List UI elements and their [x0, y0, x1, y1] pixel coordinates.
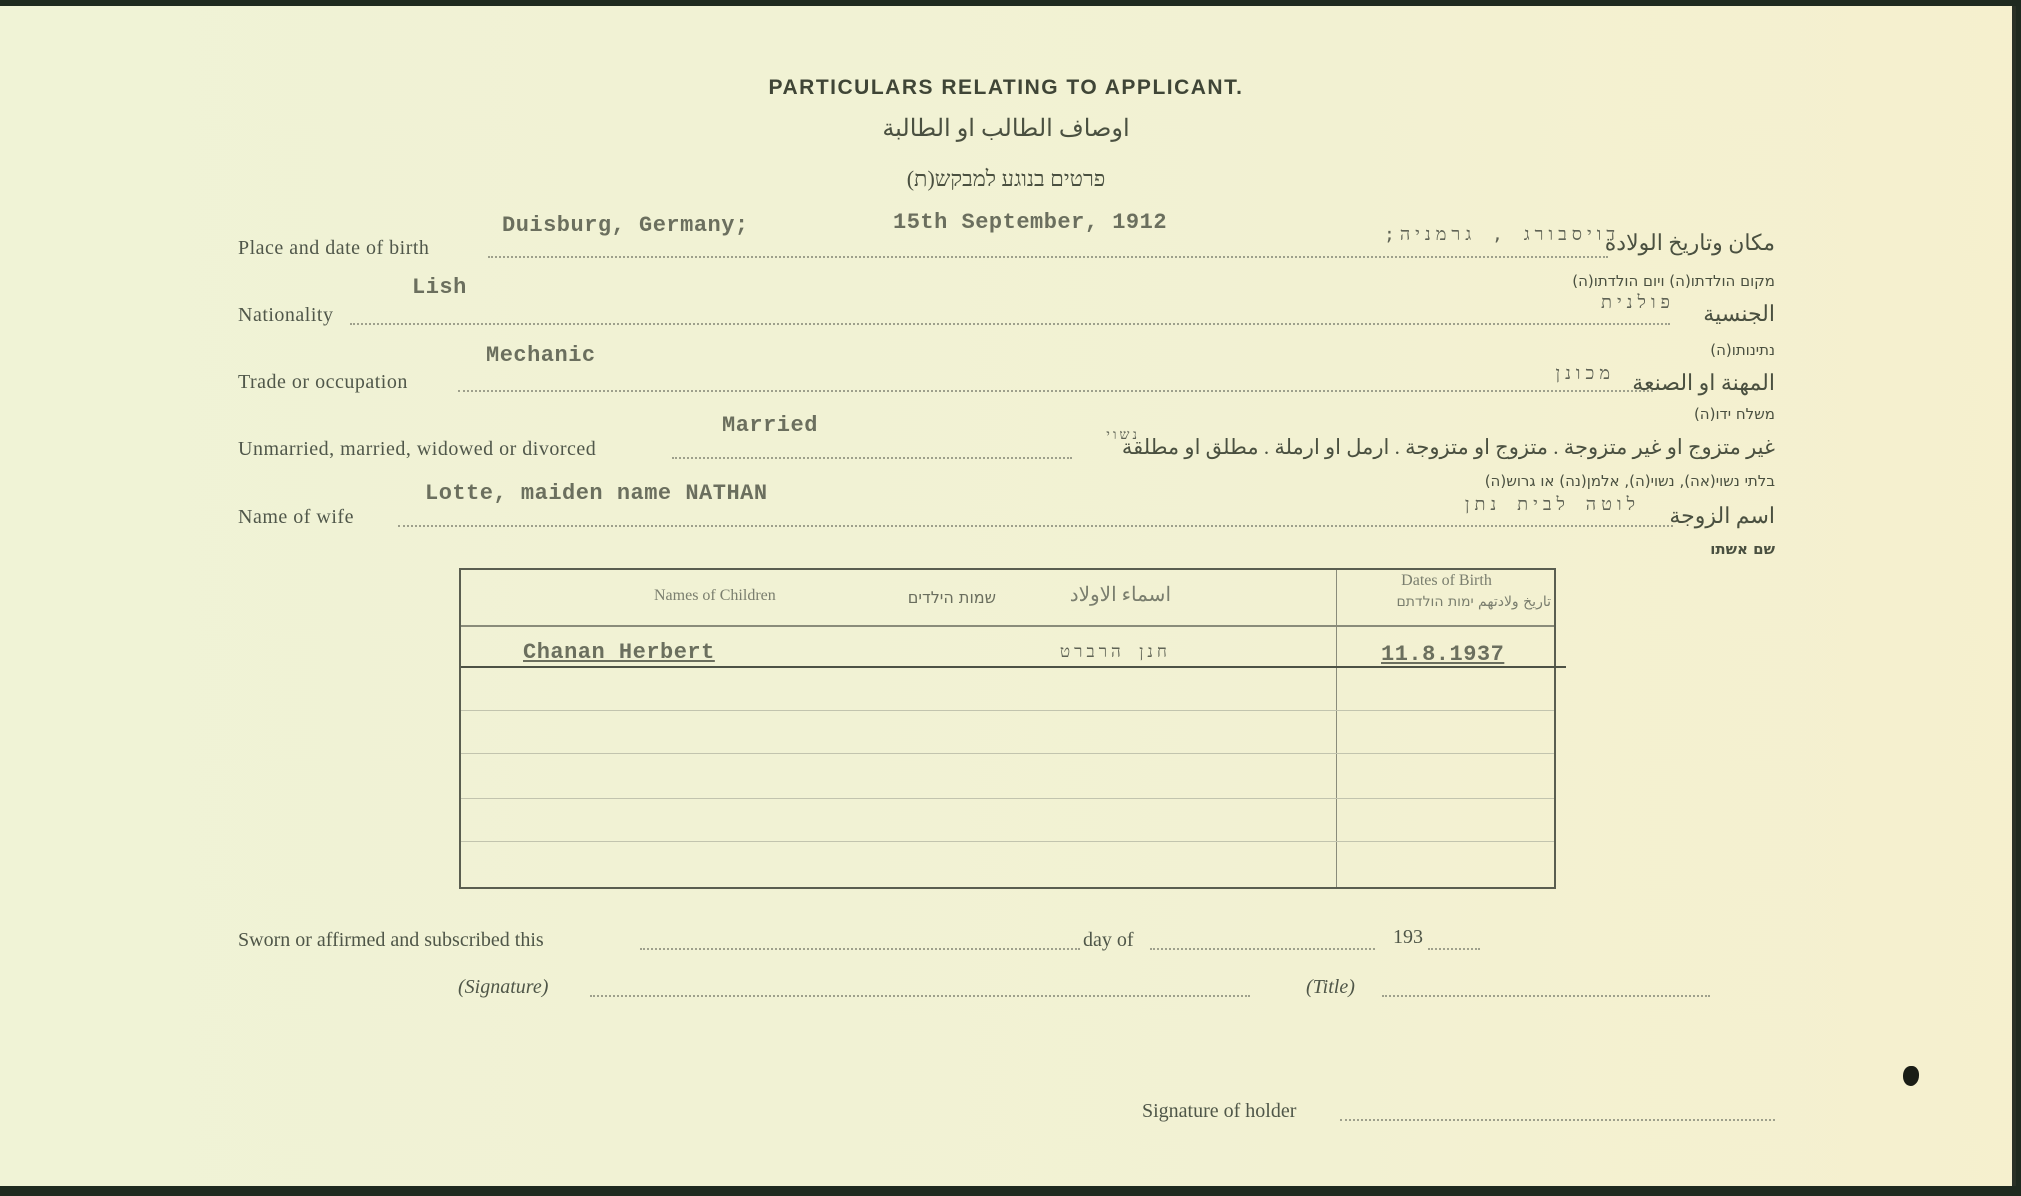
- nationality-label-en: Nationality: [238, 304, 333, 327]
- wife-value-hebrew: לוטה לבית נתן: [1400, 494, 1640, 515]
- title-label: (Title): [1306, 976, 1355, 999]
- signature-label: (Signature): [458, 976, 548, 999]
- nationality-label-ar: الجنسية: [1680, 301, 1775, 327]
- nationality-label-he: נתינותו(ה): [1550, 341, 1775, 359]
- header-names-he: שמות הילדים: [861, 588, 996, 607]
- title-english: PARTICULARS RELATING TO APPLICANT.: [0, 76, 2012, 100]
- marital-label-en: Unmarried, married, widowed or divorced: [238, 438, 596, 461]
- wife-label-en: Name of wife: [238, 506, 354, 529]
- title-arabic: اوصاف الطالب او الطالبة: [0, 114, 2012, 143]
- child-name-en: Chanan Herbert: [523, 640, 715, 665]
- holder-signature-dotted-line[interactable]: [1340, 1119, 1775, 1121]
- signature-dotted-line[interactable]: [590, 995, 1250, 997]
- occupation-value: Mechanic: [486, 343, 596, 368]
- day-of-label: day of: [1083, 929, 1134, 952]
- title-dotted-line[interactable]: [1382, 995, 1710, 997]
- table-row: [461, 753, 1554, 754]
- birth-label-he: מקום הולדתו(ה) ויום הולדתו(ה): [1420, 272, 1775, 290]
- occupation-dotted-line: [458, 390, 1653, 392]
- table-row: [461, 798, 1554, 799]
- occupation-label-en: Trade or occupation: [238, 371, 408, 394]
- child-birth-date: 11.8.1937: [1381, 642, 1504, 667]
- birth-date-value: 15th September, 1912: [893, 210, 1167, 235]
- marital-label-he: בלתי נשוי(אה), נשוי(ה), אלמן(נה) או גרוש…: [1350, 472, 1775, 490]
- occupation-label-ar: المهنة او الصنعة: [1620, 370, 1775, 396]
- wife-label-he: שם אשתו: [1600, 540, 1775, 558]
- child-name-he: חנן הרברט: [1001, 642, 1171, 662]
- holder-signature-label: Signature of holder: [1142, 1100, 1296, 1123]
- occupation-label-he: משלח ידו(ה): [1550, 405, 1775, 423]
- header-names-ar: اسماء الاولاد: [1021, 582, 1171, 607]
- year-prefix: 193: [1393, 926, 1423, 949]
- nationality-value-hebrew: פולנית: [1480, 292, 1675, 313]
- nationality-value: Lish: [412, 275, 467, 300]
- header-dates-ar-he: تاريخ ولادتهم ימות הולדתם: [1339, 594, 1551, 610]
- table-row: [461, 841, 1554, 842]
- wife-name-value: Lotte, maiden name NATHAN: [425, 481, 768, 506]
- title-hebrew: פרטים בנוגע למבקש(ת): [0, 166, 2012, 192]
- marital-label-ar: غير متزوج او غير متزوجة . متزوج او متزوج…: [1075, 435, 1775, 460]
- occupation-value-hebrew: מכונן: [1500, 363, 1615, 384]
- table-header-divider: [461, 625, 1554, 627]
- children-table: Names of Children שמות הילדים اسماء الاو…: [459, 568, 1556, 889]
- wife-label-ar: اسم الزوجة: [1650, 503, 1775, 529]
- table-column-divider: [1336, 570, 1337, 887]
- birth-dotted-line: [488, 256, 1608, 258]
- header-dates-en: Dates of Birth: [1337, 572, 1556, 590]
- sworn-label: Sworn or affirmed and subscribed this: [238, 929, 544, 952]
- month-dotted-line[interactable]: [1150, 948, 1375, 950]
- document-page: PARTICULARS RELATING TO APPLICANT. اوصاف…: [0, 6, 2016, 1186]
- row-underline: [461, 666, 1566, 668]
- marital-value: Married: [722, 413, 818, 438]
- wife-dotted-line: [398, 525, 1673, 527]
- punch-hole: [1903, 1066, 1919, 1086]
- sworn-day-dotted-line[interactable]: [640, 948, 1080, 950]
- birth-label-ar: مكان وتاريخ الولادة: [1500, 230, 1775, 256]
- table-row: [461, 710, 1554, 711]
- nationality-dotted-line: [350, 323, 1670, 325]
- header-names-en: Names of Children: [654, 587, 776, 605]
- marital-dotted-line: [672, 457, 1072, 459]
- birth-label-en: Place and date of birth: [238, 237, 429, 260]
- year-dotted-line[interactable]: [1428, 948, 1480, 950]
- birth-place-value: Duisburg, Germany;: [502, 213, 749, 238]
